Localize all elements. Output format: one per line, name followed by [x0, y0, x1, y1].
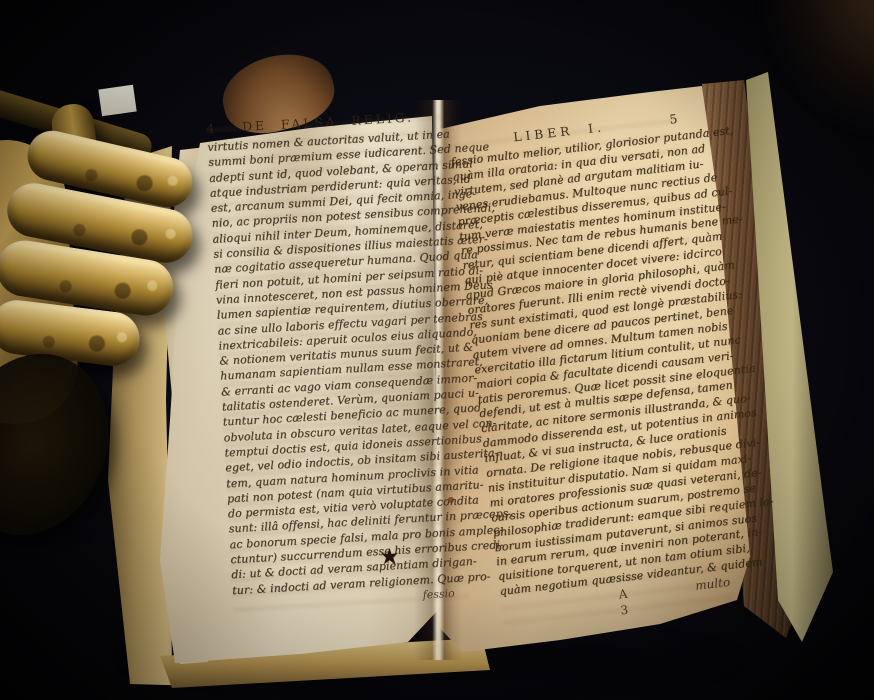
- right-catchword: multo: [694, 574, 732, 610]
- right-page-lines: fessio multo melior, utilior, gloriosior…: [450, 130, 729, 600]
- foxing-spot: [448, 497, 454, 503]
- blurred-book-corner: [769, 0, 874, 125]
- left-catchword: fessio: [422, 587, 455, 602]
- right-page-number: 5: [669, 112, 678, 127]
- signature-mark: A 3: [618, 582, 664, 619]
- paper-tab: [98, 85, 136, 117]
- left-page-lines: virtutis nomen & auctoritas valuit, ut i…: [207, 127, 468, 598]
- photo-antique-book: 4 DE FALSA RELIG. virtutis nomen & aucto…: [0, 0, 874, 700]
- left-page-text: 4 DE FALSA RELIG. virtutis nomen & aucto…: [206, 109, 469, 613]
- brass-hand-paperweight: [0, 100, 215, 470]
